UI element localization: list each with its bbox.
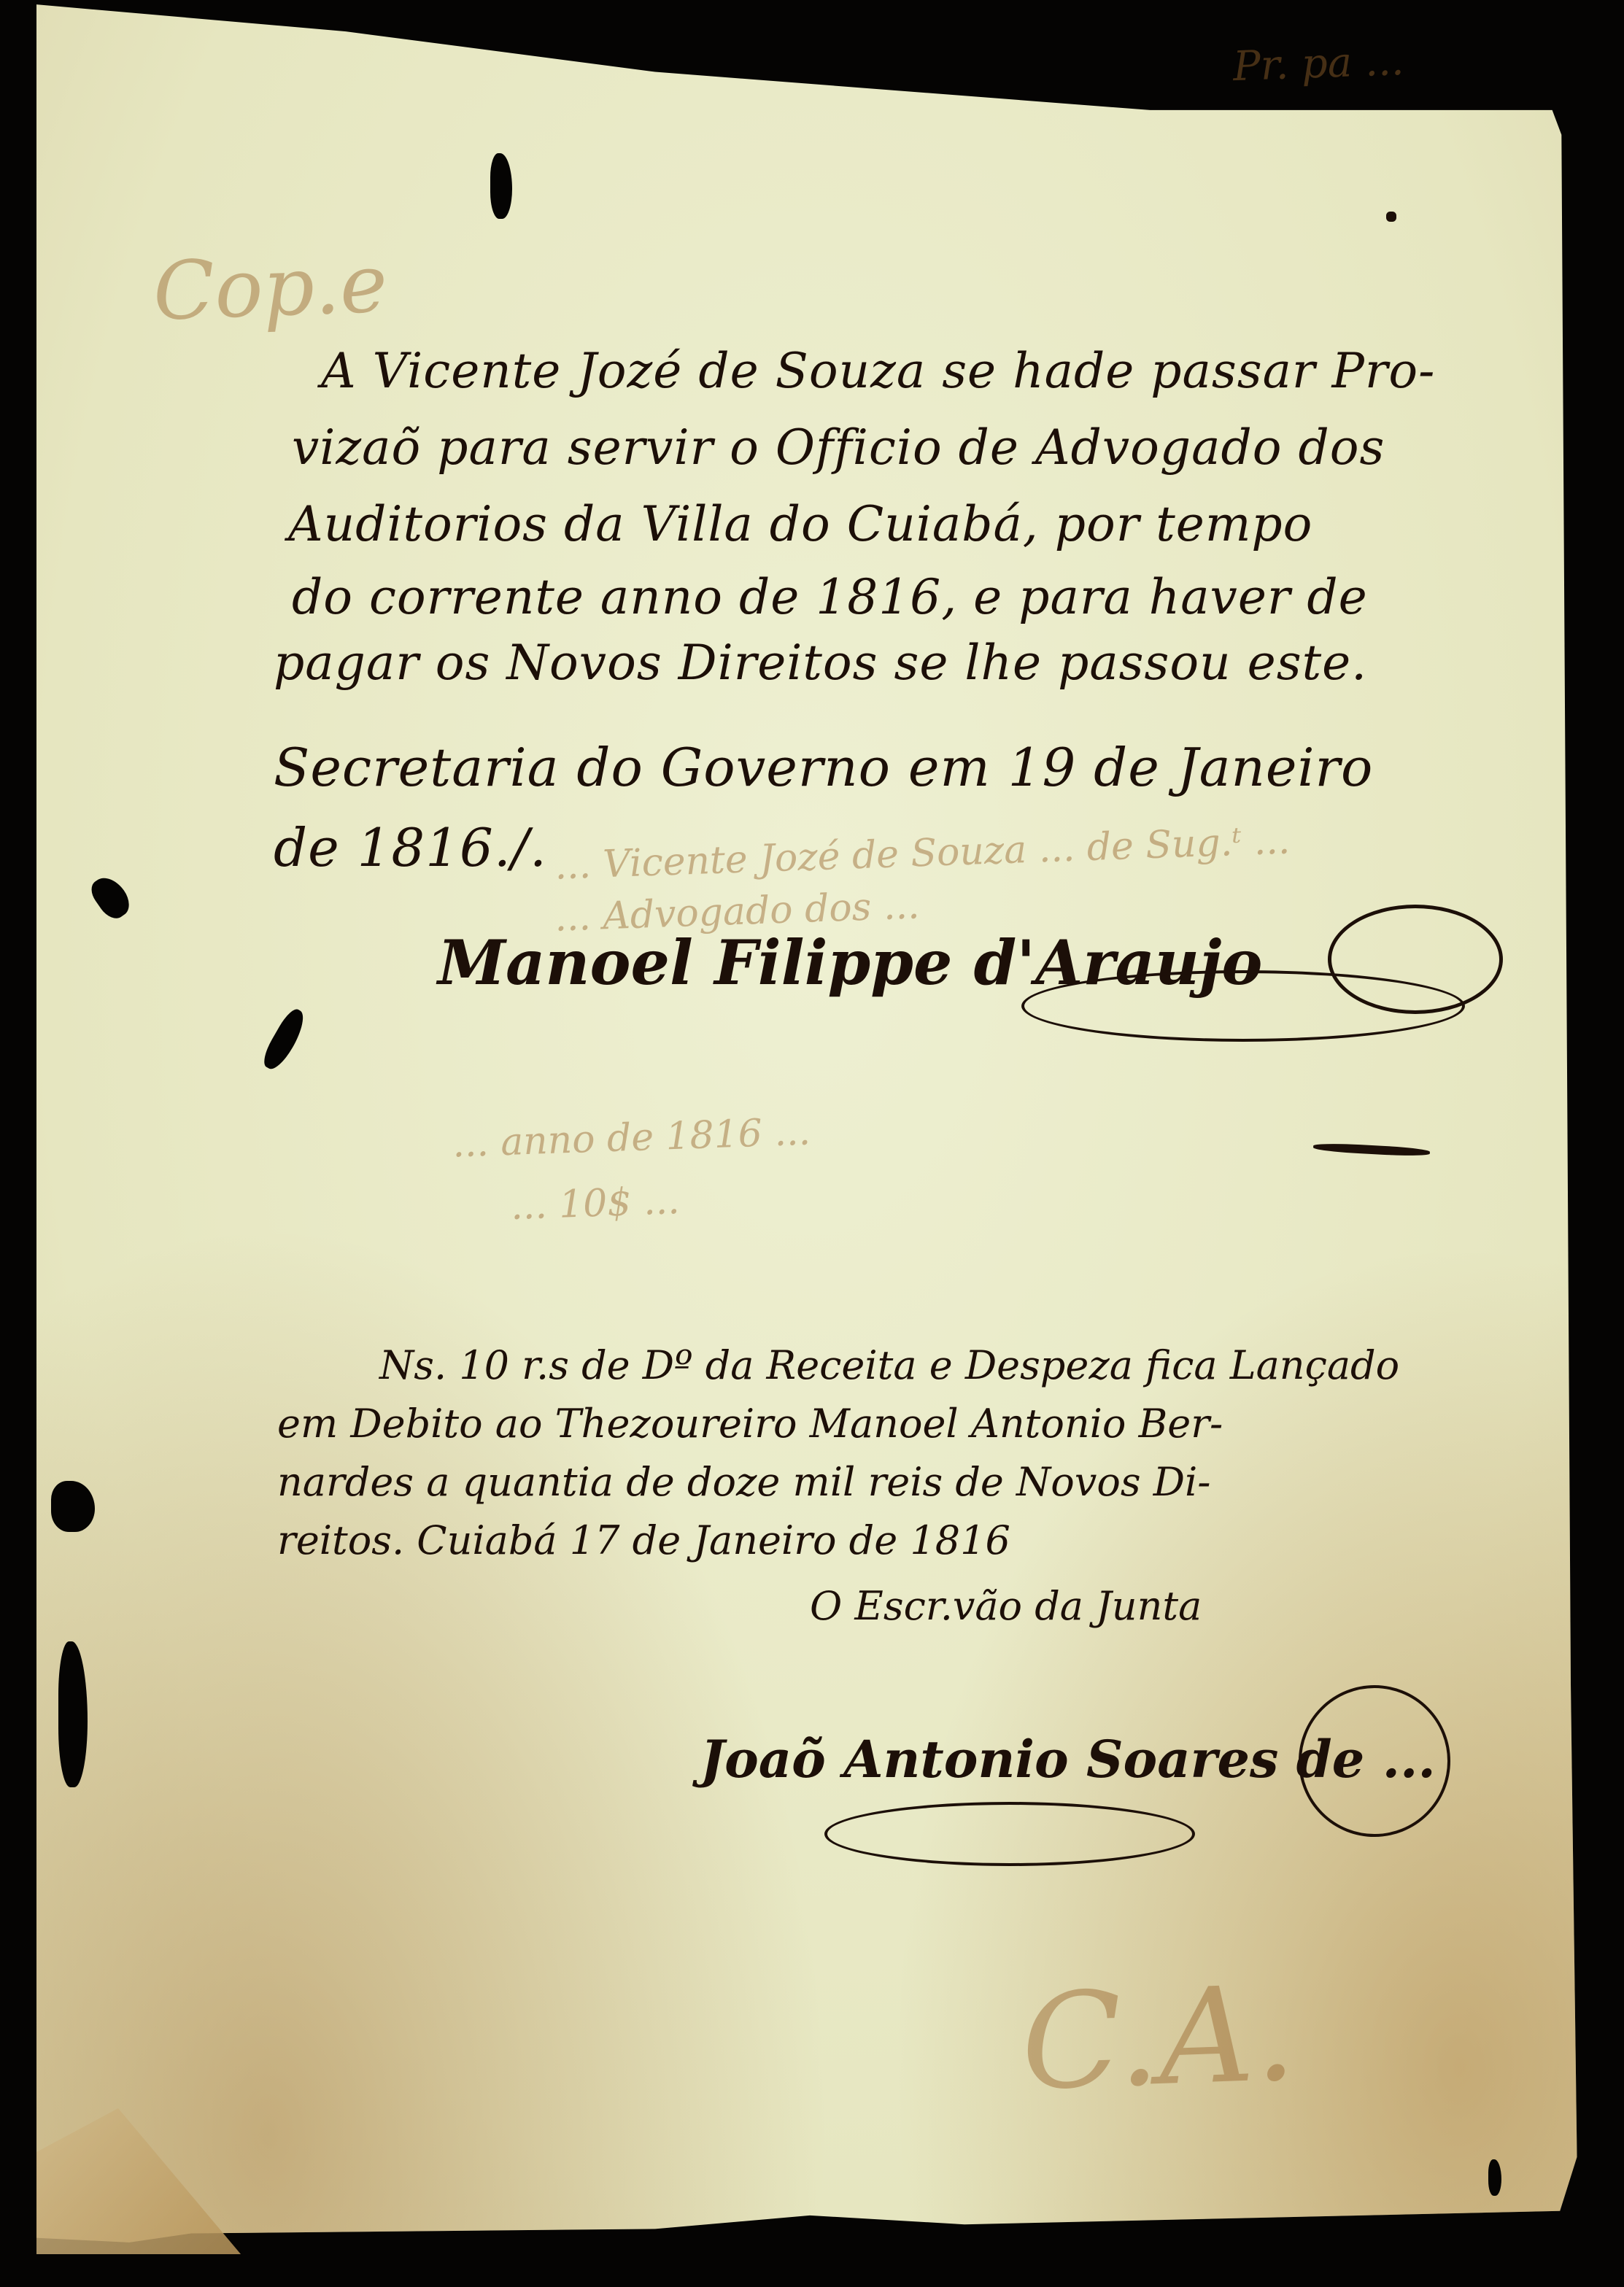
annotation-title: O Escr.vão da Junta: [810, 1583, 1202, 1629]
signature-flourish: [1021, 970, 1465, 1042]
wormhole: [1488, 2159, 1501, 2196]
bleed-through-top-left: Cop.e: [152, 236, 389, 338]
signature-flourish: [1299, 1685, 1450, 1837]
dateline-1: Secretaria do Governo em 19 de Janeiro: [274, 737, 1373, 798]
annotation-line-1: Ns. 10 r.s de Dº da Receita e Despeza fi…: [379, 1342, 1399, 1388]
ink-blot: [1386, 212, 1396, 222]
annotation-line-3: nardes a quantia de doze mil reis de Nov…: [277, 1459, 1211, 1505]
signature-flourish: [824, 1802, 1195, 1866]
bleed-through-top-right: Pr. pa ...: [1232, 37, 1404, 90]
main-text-line-3: Auditorios da Villa do Cuiabá, por tempo: [288, 496, 1312, 552]
dateline-2: de 1816./.: [274, 817, 547, 878]
main-text-line-1: A Vicente Jozé de Souza se hade passar P…: [321, 343, 1435, 399]
annotation-line-4: reitos. Cuiabá 17 de Janeiro de 1816: [277, 1517, 1010, 1563]
annotation-line-2: em Debito ao Thezoureiro Manoel Antonio …: [277, 1401, 1223, 1447]
main-text-line-5: pagar os Novos Direitos se lhe passou es…: [274, 635, 1367, 691]
bleed-through-bottom-right: C.A.: [1018, 1958, 1298, 2120]
main-text-line-2: vizaõ para servir o Officio de Advogado …: [292, 419, 1385, 476]
bleed-through-line: ... 10$ ...: [510, 1179, 680, 1228]
main-text-line-4: do corrente anno de 1816, e para haver d…: [292, 569, 1368, 625]
